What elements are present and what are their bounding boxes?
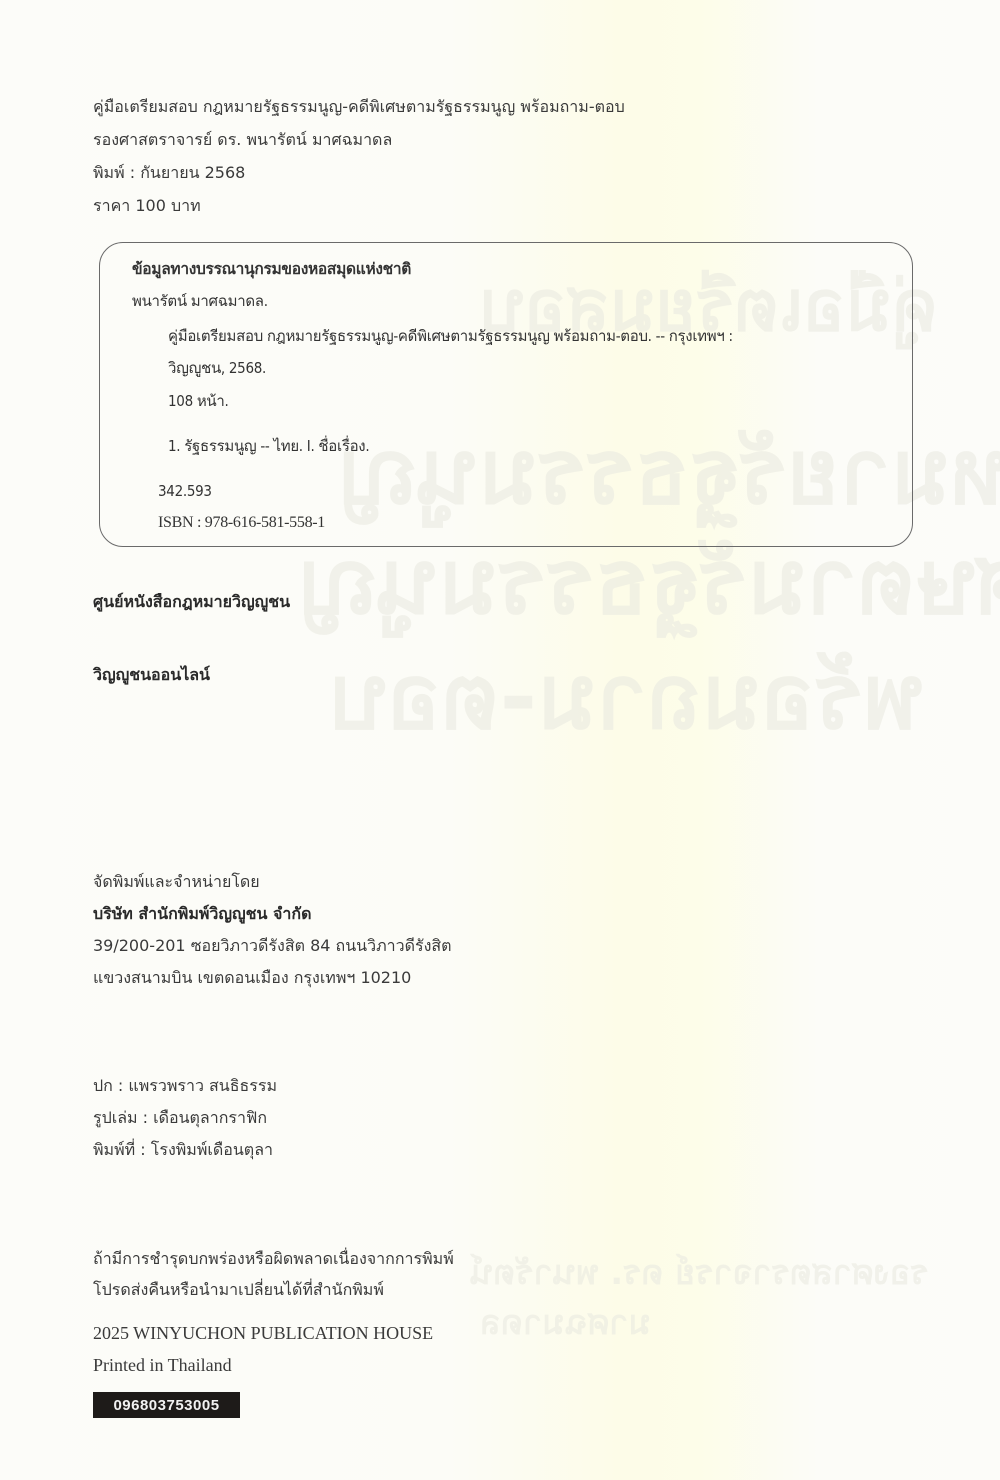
copyright-line: 2025 WINYUCHON PUBLICATION HOUSE: [93, 1323, 433, 1343]
price: ราคา 100 บาท: [93, 196, 201, 216]
catalog-pages: 108 หน้า.: [168, 391, 229, 411]
author-line: รองศาสตราจารย์ ดร. พนารัตน์ มาศฉมาดล: [93, 130, 392, 150]
layout-credit: รูปเล่ม : เดือนตุลากราฟิก: [93, 1108, 267, 1128]
book-title-line: คู่มือเตรียมสอบ กฎหมายรัฐธรรมนูญ-คดีพิเศ…: [93, 97, 625, 117]
catalog-classification: 342.593: [158, 481, 212, 501]
catalog-isbn: ISBN : 978-616-581-558-1: [158, 513, 325, 533]
cover-credit: ปก : แพรวพราว สนธิธรรม: [93, 1076, 277, 1096]
publisher-name: บริษัท สำนักพิมพ์วิญญูชน จำกัด: [93, 904, 311, 924]
barcode-number-label: 096803753005: [93, 1392, 240, 1418]
cataloging-in-publication-box: ข้อมูลทางบรรณานุกรมของหอสมุดแห่งชาติ พนา…: [99, 242, 913, 547]
publisher-label: จัดพิมพ์และจำหน่ายโดย: [93, 872, 260, 892]
printed-in-line: Printed in Thailand: [93, 1355, 232, 1375]
defect-notice-line2: โปรดส่งคืนหรือนำมาเปลี่ยนได้ที่สำนักพิมพ…: [93, 1280, 384, 1300]
online-store-name: วิญญูชนออนไลน์: [93, 665, 210, 685]
show-through-text: รองศาสตราจารย์ ดร. พนารัตน์: [470, 1245, 929, 1299]
catalog-title-line1: คู่มือเตรียมสอบ กฎหมายรัฐธรรมนูญ-คดีพิเศ…: [168, 326, 733, 346]
print-date: พิมพ์ : กันยายน 2568: [93, 163, 245, 183]
catalog-subjects: 1. รัฐธรรมนูญ -- ไทย. I. ชื่อเรื่อง.: [168, 436, 369, 456]
defect-notice-line1: ถ้ามีการชำรุดบกพร่องหรือผิดพลาดเนื่องจาก…: [93, 1249, 454, 1269]
show-through-text: มาศฉมาดล: [480, 1295, 651, 1349]
book-center-name: ศูนย์หนังสือกฎหมายวิญญูชน: [93, 592, 290, 612]
show-through-text: พร้อมถาม-ตอบ: [330, 625, 922, 768]
publisher-address-line2: แขวงสนามบิน เขตดอนเมือง กรุงเทพฯ 10210: [93, 968, 411, 988]
printer-credit: พิมพ์ที่ : โรงพิมพ์เดือนตุลา: [93, 1140, 273, 1160]
catalog-heading: ข้อมูลทางบรรณานุกรมของหอสมุดแห่งชาติ: [132, 259, 411, 279]
publisher-address-line1: 39/200-201 ซอยวิภาวดีรังสิต 84 ถนนวิภาวด…: [93, 936, 452, 956]
catalog-title-line2: วิญญูชน, 2568.: [168, 358, 266, 378]
catalog-author: พนารัตน์ มาศฉมาดล.: [132, 291, 268, 311]
